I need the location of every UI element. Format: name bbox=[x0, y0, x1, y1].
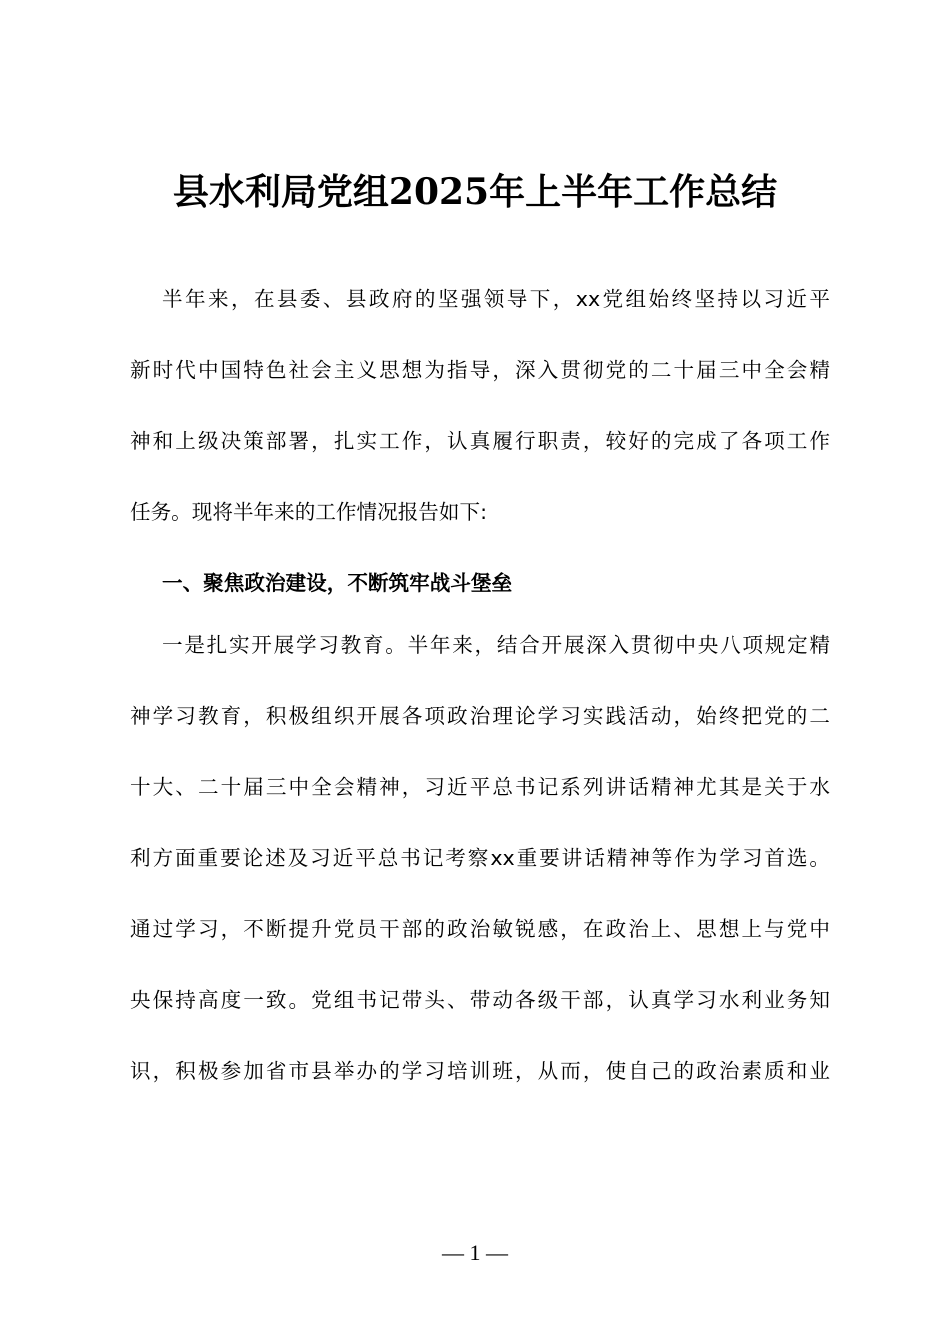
body-line-3: 十大、二十届三中全会精神，习近平总书记系列讲话精神尤其是关于水 bbox=[130, 772, 830, 802]
intro-line-4: 任务。现将半年来的工作情况报告如下: bbox=[130, 497, 830, 527]
body-line-6: 央保持高度一致。党组书记带头、带动各级干部，认真学习水利业务知 bbox=[130, 985, 830, 1015]
intro-line-3: 神和上级决策部署，扎实工作，认真履行职责，较好的完成了各项工作 bbox=[130, 426, 830, 456]
body-line-1: 一是扎实开展学习教育。半年来，结合开展深入贯彻中央八项规定精 bbox=[162, 630, 830, 660]
section-heading: 一、聚焦政治建设，不断筑牢战斗堡垒 bbox=[162, 568, 512, 598]
body-line-2: 神学习教育，积极组织开展各项政治理论学习实践活动，始终把党的二 bbox=[130, 701, 830, 731]
body-line-5: 通过学习，不断提升党员干部的政治敏锐感，在政治上、思想上与党中 bbox=[130, 914, 830, 944]
document-page: 县水利局党组2025年上半年工作总结 半年来，在县委、县政府的坚强领导下，xx党… bbox=[0, 0, 950, 1344]
document-title: 县水利局党组2025年上半年工作总结 bbox=[0, 166, 950, 218]
body-line-7: 识，积极参加省市县举办的学习培训班，从而，使自己的政治素质和业 bbox=[130, 1056, 830, 1086]
body-line-4: 利方面重要论述及习近平总书记考察xx重要讲话精神等作为学习首选。 bbox=[130, 843, 830, 873]
intro-line-1: 半年来，在县委、县政府的坚强领导下，xx党组始终坚持以习近平 bbox=[162, 284, 830, 314]
page-number: — 1 — bbox=[0, 1238, 950, 1268]
intro-line-2: 新时代中国特色社会主义思想为指导，深入贯彻党的二十届三中全会精 bbox=[130, 355, 830, 385]
